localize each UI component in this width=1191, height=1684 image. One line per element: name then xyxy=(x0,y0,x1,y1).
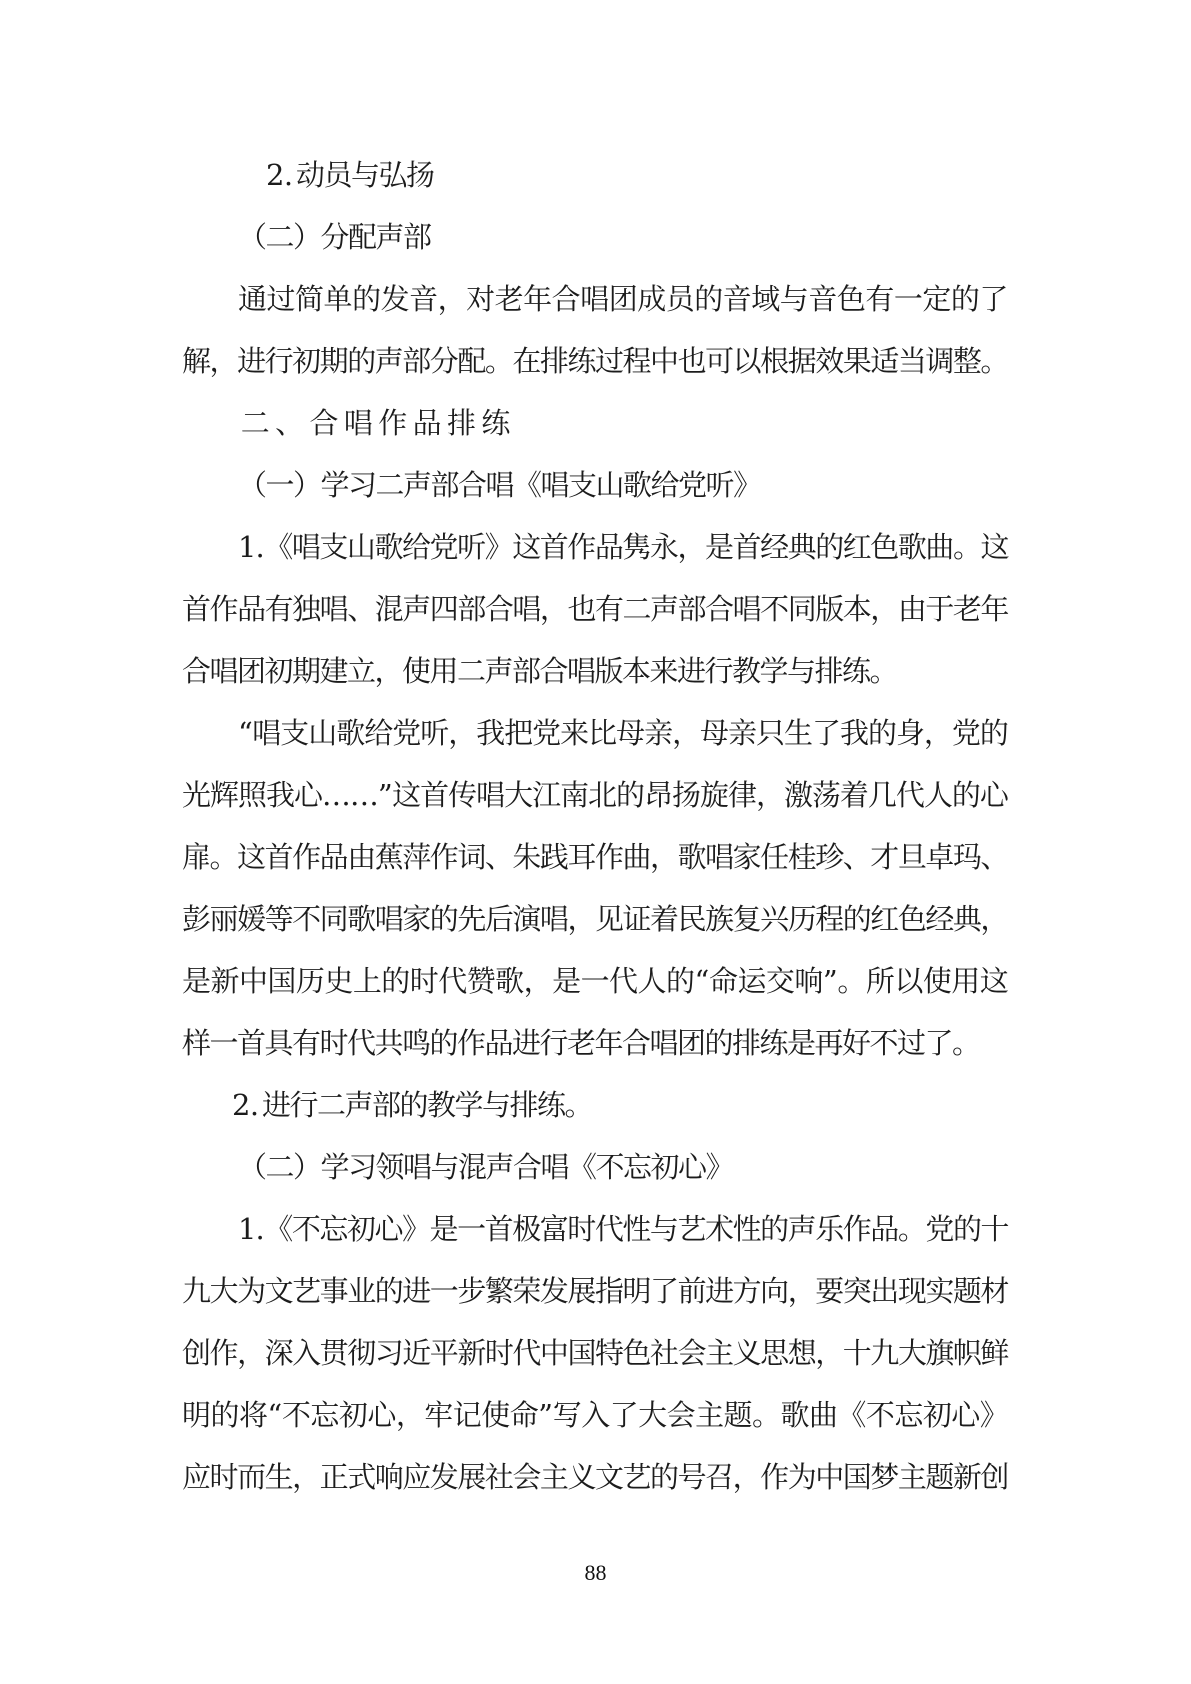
glyph: 乐 xyxy=(815,1198,843,1260)
glyph: 过 xyxy=(897,1012,925,1074)
glyph: 会 xyxy=(667,1384,695,1446)
glyph: 的 xyxy=(694,268,723,330)
glyph: 媛 xyxy=(237,888,265,950)
glyph: 程 xyxy=(623,330,651,392)
glyph: 配 xyxy=(348,206,376,268)
glyph: ） xyxy=(293,206,321,268)
glyph: 义 xyxy=(733,1322,761,1384)
glyph: 不 xyxy=(292,888,320,950)
glyph: 练 xyxy=(567,330,595,392)
glyph: （ xyxy=(238,206,266,268)
glyph: 与 xyxy=(431,1136,459,1198)
glyph: 的 xyxy=(760,1198,788,1260)
glyph: 北 xyxy=(588,764,616,826)
glyph: 旦 xyxy=(898,826,926,888)
glyph: 部 xyxy=(512,640,540,702)
glyph: 前 xyxy=(678,1260,706,1322)
glyph: 根 xyxy=(760,330,788,392)
glyph: 比 xyxy=(588,702,616,764)
glyph: 要 xyxy=(815,1260,843,1322)
glyph: 代 xyxy=(512,1322,540,1384)
glyph: 。 xyxy=(898,1198,926,1260)
glyph: 期 xyxy=(292,640,320,702)
glyph: 响 xyxy=(375,1446,403,1508)
text-line: 应时而生，正式响应发展社会主义文艺的号召，作为中国梦主题新创 xyxy=(182,1446,1008,1508)
glyph: 复 xyxy=(733,888,761,950)
glyph: “ xyxy=(267,1384,282,1446)
glyph: 党 xyxy=(532,702,560,764)
glyph: 彻 xyxy=(347,1322,375,1384)
glyph: 二 xyxy=(623,578,651,640)
glyph: 正 xyxy=(320,1446,348,1508)
text-line: “唱支山歌给党听，我把党来比母亲，母亲只生了我的身，党的 xyxy=(182,702,1008,764)
glyph: 山 xyxy=(308,702,336,764)
glyph: 通 xyxy=(238,268,267,330)
glyph: 合 xyxy=(485,578,513,640)
glyph: 据 xyxy=(788,330,816,392)
glyph: 二 xyxy=(376,454,404,516)
glyph: 历 xyxy=(788,888,816,950)
glyph: 照 xyxy=(238,764,266,826)
glyph: 《 xyxy=(513,454,541,516)
glyph: 唱 xyxy=(375,888,403,950)
glyph: 。 xyxy=(953,516,981,578)
glyph: 的 xyxy=(868,702,896,764)
glyph: 歌 xyxy=(347,888,375,950)
glyph: 彭 xyxy=(182,888,210,950)
glyph: 弘 xyxy=(379,144,407,206)
glyph: 梦 xyxy=(870,1446,898,1508)
text-line: 首作品有独唱、混声四部合唱，也有二声部合唱不同版本，由于老年 xyxy=(182,578,1008,640)
glyph: 不 xyxy=(760,578,788,640)
glyph: 题 xyxy=(953,1260,981,1322)
glyph: 使 xyxy=(923,950,951,1012)
glyph: 与 xyxy=(787,640,815,702)
glyph: 的 xyxy=(430,1012,458,1074)
glyph: 扬 xyxy=(672,764,700,826)
glyph: 命 xyxy=(510,1384,538,1446)
glyph: 母 xyxy=(616,702,644,764)
glyph: 老 xyxy=(567,1012,595,1074)
glyph: 这 xyxy=(980,516,1008,578)
glyph: 国 xyxy=(843,1446,871,1508)
glyph: 的 xyxy=(953,1198,981,1260)
glyph: 歌 xyxy=(623,454,651,516)
glyph: 演 xyxy=(512,888,540,950)
glyph: 桂 xyxy=(788,826,816,888)
glyph: 排 xyxy=(815,640,843,702)
glyph: 主 xyxy=(898,1446,926,1508)
glyph: 建 xyxy=(320,640,348,702)
glyph: 作 xyxy=(843,1198,871,1260)
glyph: 事 xyxy=(320,1260,348,1322)
glyph: ， xyxy=(733,1446,761,1508)
glyph: 整 xyxy=(953,330,981,392)
text-line: 2.动员与弘扬 xyxy=(182,144,1008,206)
glyph: 、 xyxy=(272,392,306,454)
glyph: 不 xyxy=(870,1012,898,1074)
glyph: 牢 xyxy=(424,1384,452,1446)
glyph: 时 xyxy=(567,1198,595,1260)
glyph: 心 xyxy=(980,764,1008,826)
glyph: 中 xyxy=(239,950,267,1012)
glyph: 创 xyxy=(182,1322,210,1384)
glyph: 以 xyxy=(733,330,761,392)
text-line: （二）分配声部 xyxy=(182,206,1008,268)
glyph: 与 xyxy=(351,144,379,206)
glyph: 应 xyxy=(182,1446,210,1508)
glyph: 部 xyxy=(402,330,430,392)
glyph: 老 xyxy=(953,578,981,640)
glyph: 证 xyxy=(623,888,651,950)
glyph: 当 xyxy=(898,330,926,392)
glyph: 作 xyxy=(430,826,458,888)
glyph: 等 xyxy=(265,888,293,950)
glyph: 的 xyxy=(347,330,375,392)
glyph: 社 xyxy=(485,1446,513,1508)
glyph: 歌 xyxy=(898,516,926,578)
glyph: 鸣 xyxy=(402,1012,430,1074)
glyph: 十 xyxy=(843,1322,871,1384)
glyph: 交 xyxy=(766,950,794,1012)
glyph: 我 xyxy=(840,702,868,764)
glyph: 唱 xyxy=(705,826,733,888)
glyph: 年 xyxy=(523,268,552,330)
glyph: . xyxy=(256,516,265,578)
glyph: 突 xyxy=(843,1260,871,1322)
glyph: 合 xyxy=(513,1136,541,1198)
glyph: 独 xyxy=(292,578,320,640)
glyph: 好 xyxy=(842,1012,870,1074)
glyph: 会 xyxy=(512,1446,540,1508)
glyph: 二 xyxy=(266,1136,294,1198)
glyph: 混 xyxy=(375,578,403,640)
glyph: 程 xyxy=(815,888,843,950)
glyph: 九 xyxy=(870,1322,898,1384)
glyph: 首 xyxy=(485,1198,513,1260)
text-line: 扉。这首作品由蕉萍作词、朱践耳作曲，歌唱家任桂珍、才旦卓玛、 xyxy=(182,826,1008,888)
glyph: 合 xyxy=(622,1012,650,1074)
glyph: 时 xyxy=(410,950,438,1012)
glyph: 兴 xyxy=(760,888,788,950)
glyph: 心 xyxy=(951,1384,979,1446)
glyph: 朱 xyxy=(512,826,540,888)
glyph: 唱 xyxy=(733,578,761,640)
glyph: ， xyxy=(438,268,467,330)
glyph: 新 xyxy=(953,1446,981,1508)
glyph: 业 xyxy=(347,1260,375,1322)
glyph: ， xyxy=(924,702,952,764)
glyph: 心 xyxy=(678,1136,706,1198)
glyph: 文 xyxy=(265,1260,293,1322)
glyph: 贯 xyxy=(320,1322,348,1384)
text-line: 九大为文艺事业的进一步繁荣发展指明了前进方向，要突出现实题材 xyxy=(182,1260,1008,1322)
glyph: 鲜 xyxy=(980,1322,1008,1384)
glyph: 唱 xyxy=(580,268,609,330)
glyph: 中 xyxy=(540,1322,568,1384)
glyph: 应 xyxy=(402,1446,430,1508)
text-line: 明的将“不忘初心，牢记使命”写入了大会主题。歌曲《不忘初心》 xyxy=(182,1384,1008,1446)
glyph: 的 xyxy=(666,950,694,1012)
glyph: 给 xyxy=(651,454,679,516)
glyph: 生 xyxy=(265,1446,293,1508)
glyph: 品 xyxy=(870,1198,898,1260)
glyph: 发 xyxy=(540,1260,568,1322)
glyph: 有 xyxy=(865,268,894,330)
glyph: 唱 xyxy=(210,640,238,702)
glyph: 平 xyxy=(430,1322,458,1384)
glyph: 唱 xyxy=(320,578,348,640)
glyph: 身 xyxy=(896,702,924,764)
glyph: 于 xyxy=(925,578,953,640)
glyph: 立 xyxy=(347,640,375,702)
glyph: 行 xyxy=(290,1074,318,1136)
glyph: 声 xyxy=(486,1136,514,1198)
glyph: 题 xyxy=(724,1384,752,1446)
glyph: 歌 xyxy=(374,516,402,578)
glyph: 进 xyxy=(512,1012,540,1074)
glyph: 合 xyxy=(705,578,733,640)
glyph: 解 xyxy=(182,330,210,392)
glyph: 、 xyxy=(980,826,1008,888)
glyph: 的 xyxy=(815,516,843,578)
glyph: 现 xyxy=(898,1260,926,1322)
glyph: 》 xyxy=(485,516,513,578)
glyph: 山 xyxy=(347,516,375,578)
glyph: 声 xyxy=(403,454,431,516)
glyph: 学 xyxy=(321,1136,349,1198)
glyph: 为 xyxy=(788,1446,816,1508)
glyph: 、 xyxy=(347,578,375,640)
glyph: 以 xyxy=(894,950,922,1012)
glyph: 与 xyxy=(650,1198,678,1260)
glyph: 分 xyxy=(321,206,349,268)
glyph: 号 xyxy=(678,1446,706,1508)
glyph: 丽 xyxy=(210,888,238,950)
glyph: 1 xyxy=(238,516,256,578)
glyph: 记 xyxy=(453,1384,481,1446)
glyph: 不 xyxy=(292,1198,320,1260)
glyph: 唱 xyxy=(650,1012,678,1074)
glyph: 。 xyxy=(952,1012,980,1074)
glyph: 作 xyxy=(210,1322,238,1384)
glyph: 忘 xyxy=(623,1136,651,1198)
glyph: 荣 xyxy=(512,1260,540,1322)
glyph: 过 xyxy=(267,268,296,330)
glyph: 所 xyxy=(866,950,894,1012)
glyph: 《 xyxy=(568,1136,596,1198)
glyph: 进 xyxy=(402,1260,430,1322)
glyph: ， xyxy=(375,640,403,702)
glyph: 为 xyxy=(237,1260,265,1322)
glyph: 词 xyxy=(457,826,485,888)
glyph: 山 xyxy=(596,454,624,516)
glyph: 音 xyxy=(808,268,837,330)
glyph: 来 xyxy=(650,640,678,702)
text-line: 是新中国历史上的时代赞歌，是一代人的“命运交响”。所以使用这 xyxy=(182,950,1008,1012)
glyph: 。 xyxy=(485,330,513,392)
glyph: 荡 xyxy=(812,764,840,826)
glyph: 习 xyxy=(375,1322,403,1384)
text-line: 创作，深入贯彻习近平新时代中国特色社会主义思想，十九大旗帜鲜 xyxy=(182,1322,1008,1384)
glyph: 人 xyxy=(638,950,666,1012)
glyph: 听 xyxy=(457,516,485,578)
glyph: 经 xyxy=(760,516,788,578)
glyph: 发 xyxy=(381,268,410,330)
glyph: 指 xyxy=(595,1260,623,1322)
glyph: 团 xyxy=(677,1012,705,1074)
glyph: 这 xyxy=(512,516,540,578)
glyph: 单 xyxy=(324,268,353,330)
glyph: 声 xyxy=(485,640,513,702)
glyph: 忘 xyxy=(319,1198,347,1260)
glyph: 党 xyxy=(952,702,980,764)
glyph: 昂 xyxy=(644,764,672,826)
glyph: 新 xyxy=(457,1322,485,1384)
glyph: 会 xyxy=(678,1322,706,1384)
glyph: 命 xyxy=(709,950,737,1012)
glyph: 也 xyxy=(678,330,706,392)
glyph: 年 xyxy=(980,578,1008,640)
glyph: 主 xyxy=(540,1446,568,1508)
glyph: 初 xyxy=(651,1136,679,1198)
glyph: 入 xyxy=(581,1384,609,1446)
glyph: （ xyxy=(238,1136,266,1198)
glyph: 是 xyxy=(705,516,733,578)
glyph: 唱 xyxy=(512,578,540,640)
glyph: 性 xyxy=(733,1198,761,1260)
glyph: 时 xyxy=(485,1322,513,1384)
text-line: 样一首具有时代共鸣的作品进行老年合唱团的排练是再好不过了。 xyxy=(182,1012,1008,1074)
glyph: 本 xyxy=(622,640,650,702)
glyph: 辉 xyxy=(210,764,238,826)
glyph: ， xyxy=(540,578,568,640)
glyph: 声 xyxy=(650,578,678,640)
glyph: 才 xyxy=(870,826,898,888)
glyph: 作 xyxy=(595,826,623,888)
glyph: 部 xyxy=(457,578,485,640)
glyph: 一 xyxy=(430,1260,458,1322)
glyph: 作 xyxy=(376,392,410,454)
glyph: 行 xyxy=(540,1012,568,1074)
glyph: 材 xyxy=(980,1260,1008,1322)
text-line: 1.《不忘初心》是一首极富时代性与艺术性的声乐作品。党的十 xyxy=(182,1198,1008,1260)
document-body: 2.动员与弘扬（二）分配声部通过简单的发音，对老年合唱团成员的音域与音色有一定的… xyxy=(182,144,1008,1508)
glyph: 旗 xyxy=(925,1322,953,1384)
glyph: 近 xyxy=(402,1322,430,1384)
glyph: 适 xyxy=(870,330,898,392)
glyph: 不 xyxy=(596,1136,624,1198)
glyph: 我 xyxy=(476,702,504,764)
glyph: 练 xyxy=(479,392,513,454)
glyph: 这 xyxy=(237,826,265,888)
glyph: 典 xyxy=(953,888,981,950)
glyph: 艺 xyxy=(292,1260,320,1322)
glyph: 代 xyxy=(347,1012,375,1074)
glyph: 声 xyxy=(345,1074,373,1136)
glyph: 隽 xyxy=(622,516,650,578)
glyph: 成 xyxy=(637,268,666,330)
glyph: 学 xyxy=(760,640,788,702)
glyph: 合 xyxy=(540,640,568,702)
glyph: 是 xyxy=(552,950,580,1012)
glyph: 着 xyxy=(840,764,868,826)
glyph: 明 xyxy=(623,1260,651,1322)
glyph: 实 xyxy=(925,1260,953,1322)
glyph: 唱 xyxy=(540,888,568,950)
glyph: 二 xyxy=(317,1074,345,1136)
glyph: 部 xyxy=(372,1074,400,1136)
glyph: 代 xyxy=(595,1198,623,1260)
glyph: 党 xyxy=(430,516,458,578)
glyph: 定 xyxy=(922,268,951,330)
glyph: 合 xyxy=(552,268,581,330)
glyph: 红 xyxy=(870,888,898,950)
glyph: 这 xyxy=(980,950,1008,1012)
glyph: 国 xyxy=(567,1322,595,1384)
glyph: 首 xyxy=(420,764,448,826)
glyph: 想 xyxy=(788,1322,816,1384)
glyph: 与 xyxy=(780,268,809,330)
glyph: 繁 xyxy=(485,1260,513,1322)
glyph: 思 xyxy=(760,1322,788,1384)
glyph: 。 xyxy=(565,1074,593,1136)
glyph: 九 xyxy=(182,1260,210,1322)
glyph: ， xyxy=(672,702,700,764)
glyph: 旋 xyxy=(700,764,728,826)
glyph: 了 xyxy=(610,1384,638,1446)
glyph: 的 xyxy=(980,702,1008,764)
glyph: ， xyxy=(788,1260,816,1322)
glyph: 把 xyxy=(504,702,532,764)
glyph: 了 xyxy=(812,702,840,764)
glyph: 分 xyxy=(430,330,458,392)
glyph: 声 xyxy=(402,578,430,640)
glyph: 母 xyxy=(700,702,728,764)
glyph: 教 xyxy=(427,1074,455,1136)
glyph: 习 xyxy=(348,454,376,516)
glyph: 首 xyxy=(237,1012,265,1074)
glyph: 的 xyxy=(616,764,644,826)
glyph: 效 xyxy=(815,330,843,392)
glyph: 术 xyxy=(705,1198,733,1260)
glyph: 召 xyxy=(705,1446,733,1508)
glyph: ” xyxy=(823,950,838,1012)
glyph: 二 xyxy=(238,392,272,454)
glyph: 光 xyxy=(182,764,210,826)
glyph: 步 xyxy=(457,1260,485,1322)
glyph: 首 xyxy=(733,516,761,578)
glyph: ， xyxy=(980,888,1008,950)
glyph: ， xyxy=(448,702,476,764)
text-line: （一）学习二声部合唱《唱支山歌给党听》 xyxy=(182,454,1008,516)
glyph: 品 xyxy=(320,826,348,888)
glyph: 创 xyxy=(980,1446,1008,1508)
glyph: 支 xyxy=(280,702,308,764)
glyph: 红 xyxy=(843,516,871,578)
glyph: 唱 xyxy=(292,516,320,578)
glyph: 行 xyxy=(265,330,293,392)
glyph: 可 xyxy=(705,330,733,392)
glyph: 代 xyxy=(609,950,637,1012)
glyph: 《 xyxy=(264,516,292,578)
glyph: 忘 xyxy=(310,1384,338,1446)
glyph: 老 xyxy=(495,268,524,330)
glyph: 的 xyxy=(650,1446,678,1508)
glyph: 用 xyxy=(951,950,979,1012)
glyph: 代 xyxy=(896,764,924,826)
glyph: 练 xyxy=(537,1074,565,1136)
